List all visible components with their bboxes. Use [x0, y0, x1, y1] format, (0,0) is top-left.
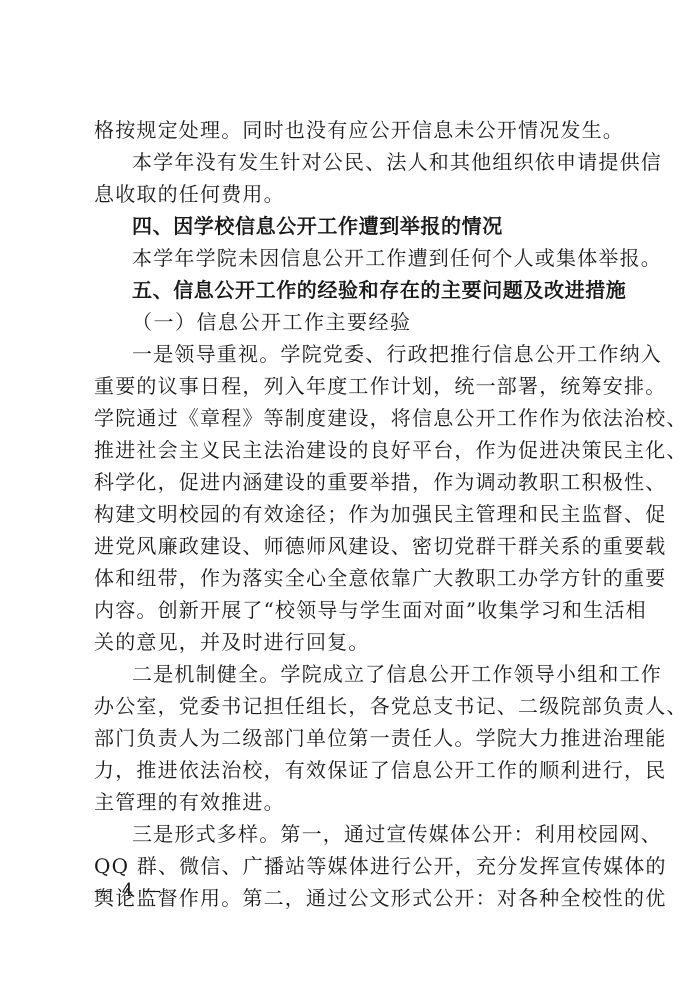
paragraph-line: 部门负责人为二级部门单位第一责任人。学院大力推进治理能	[94, 722, 616, 754]
paragraph-line: 舆论监督作用。第二，通过公文形式公开：对各种全校性的优	[94, 882, 616, 914]
paragraph-line: 学院通过《章程》等制度建设，将信息公开工作作为依法治校、	[94, 402, 616, 434]
paragraph-line: 二是机制健全。学院成立了信息公开工作领导小组和工作	[94, 658, 616, 690]
paragraph-line: 进党风廉政建设、师德师风建设、密切党群干群关系的重要载	[94, 530, 616, 562]
paragraph-line: 本学年没有发生针对公民、法人和其他组织依申请提供信	[94, 146, 616, 178]
paragraph-line: 三是形式多样。第一，通过宣传媒体公开：利用校园网、	[94, 818, 616, 850]
section-heading-4: 四、因学校信息公开工作遭到举报的情况	[94, 210, 616, 242]
paragraph-line: 一是领导重视。学院党委、行政把推行信息公开工作纳入	[94, 338, 616, 370]
paragraph-line: 力，推进依法治校，有效保证了信息公开工作的顺利进行，民	[94, 754, 616, 786]
paragraph-line: 推进社会主义民主法治建设的良好平台，作为促进决策民主化、	[94, 434, 616, 466]
paragraph-line: 本学年学院未因信息公开工作遭到任何个人或集体举报。	[94, 242, 616, 274]
paragraph-line: 主管理的有效推进。	[94, 786, 616, 818]
page-number: — 4 —	[94, 880, 163, 901]
paragraph-line: QQ 群、微信、广播站等媒体进行公开，充分发挥宣传媒体的	[94, 850, 616, 882]
paragraph-line: 重要的议事日程，列入年度工作计划，统一部署，统筹安排。	[94, 370, 616, 402]
section-heading-5: 五、信息公开工作的经验和存在的主要问题及改进措施	[94, 274, 616, 306]
paragraph-line: 格按规定处理。同时也没有应公开信息未公开情况发生。	[94, 114, 616, 146]
paragraph-line: 办公室，党委书记担任组长，各党总支书记、二级院部负责人、	[94, 690, 616, 722]
document-page: 格按规定处理。同时也没有应公开信息未公开情况发生。 本学年没有发生针对公民、法人…	[94, 114, 616, 914]
paragraph-line: 关的意见，并及时进行回复。	[94, 626, 616, 658]
paragraph-line: 息收取的任何费用。	[94, 178, 616, 210]
paragraph-line: 科学化，促进内涵建设的重要举措，作为调动教职工积极性、	[94, 466, 616, 498]
paragraph-line: 体和纽带，作为落实全心全意依靠广大教职工办学方针的重要	[94, 562, 616, 594]
subsection-heading-1: （一）信息公开工作主要经验	[94, 306, 616, 338]
paragraph-line: 构建文明校园的有效途径；作为加强民主管理和民主监督、促	[94, 498, 616, 530]
paragraph-line: 内容。创新开展了“校领导与学生面对面”收集学习和生活相	[94, 594, 616, 626]
